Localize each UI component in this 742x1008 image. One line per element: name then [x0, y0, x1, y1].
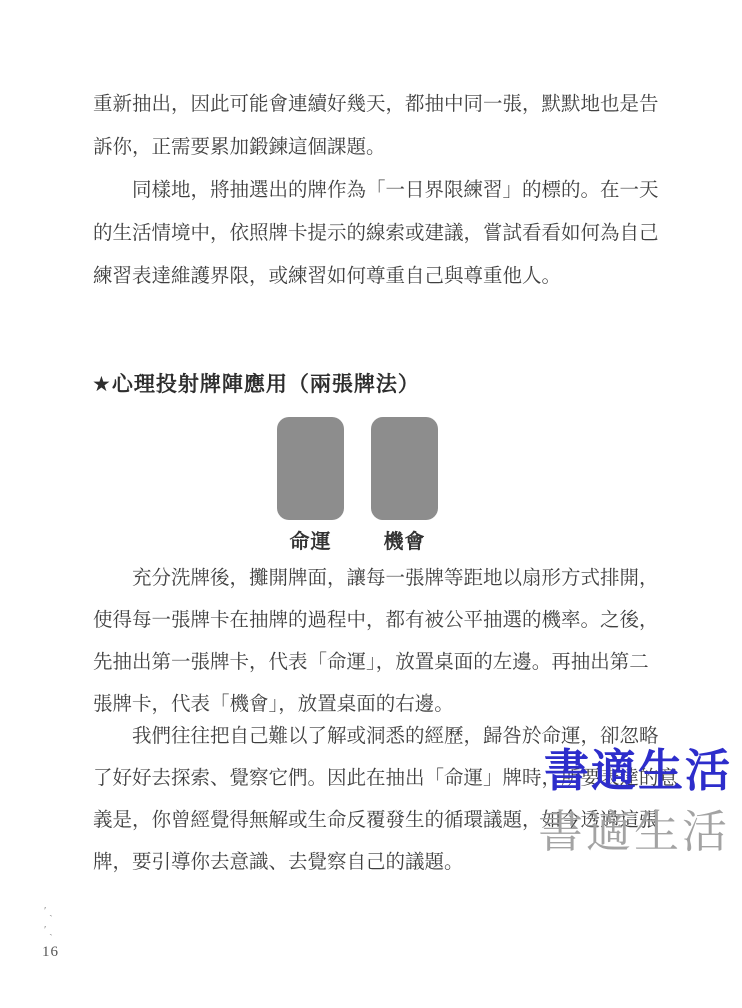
text-line: 同樣地，將抽選出的牌作為「一日界限練習」的標的。在一天 [93, 169, 693, 212]
page-number: 16 [42, 944, 59, 961]
section-heading: ★心理投射牌陣應用（兩張牌法） [92, 368, 420, 398]
fate-card-label: 命運 [277, 525, 344, 554]
text-line: 訴你，正需要累加鍛鍊這個課題。 [93, 126, 693, 169]
text-line: 使得每一張牌卡在抽牌的過程中，都有被公平抽選的機率。之後， [93, 600, 693, 642]
text-line: 充分洗牌後，攤開牌面，讓每一張牌等距地以扇形方式排開， [93, 558, 693, 600]
text-line: 重新抽出，因此可能會連續好幾天，都抽中同一張，默默地也是告 [93, 83, 693, 126]
text-line: 練習表達維護界限，或練習如何尊重自己與尊重他人。 [93, 255, 693, 298]
watermark-gray: 書適生活 [538, 810, 730, 855]
fate-card [277, 417, 344, 520]
paragraph-1: 重新抽出，因此可能會連續好幾天，都抽中同一張，默默地也是告 訴你，正需要累加鍛鍊… [93, 83, 693, 298]
paragraph-3: 我們往往把自己難以了解或洞悉的經歷，歸咎於命運，卻忽略 了好好去探索、覺察它們。… [93, 716, 693, 884]
chance-card [371, 417, 438, 520]
paragraph-2: 充分洗牌後，攤開牌面，讓每一張牌等距地以扇形方式排開， 使得每一張牌卡在抽牌的過… [93, 558, 693, 726]
text-line: 的生活情境中，依照牌卡提示的線索或建議，嘗試看看如何為自己 [93, 212, 693, 255]
text-line: 先抽出第一張牌卡，代表「命運」，放置桌面的左邊。再抽出第二 [93, 642, 693, 684]
book-page: 重新抽出，因此可能會連續好幾天，都抽中同一張，默默地也是告 訴你，正需要累加鍛鍊… [0, 0, 742, 1008]
watermark-blue: 書適生活 [544, 749, 732, 794]
print-artifact-marks: ʹ ˏ ʹ ˏ [44, 902, 53, 940]
chance-card-label: 機會 [371, 525, 438, 554]
